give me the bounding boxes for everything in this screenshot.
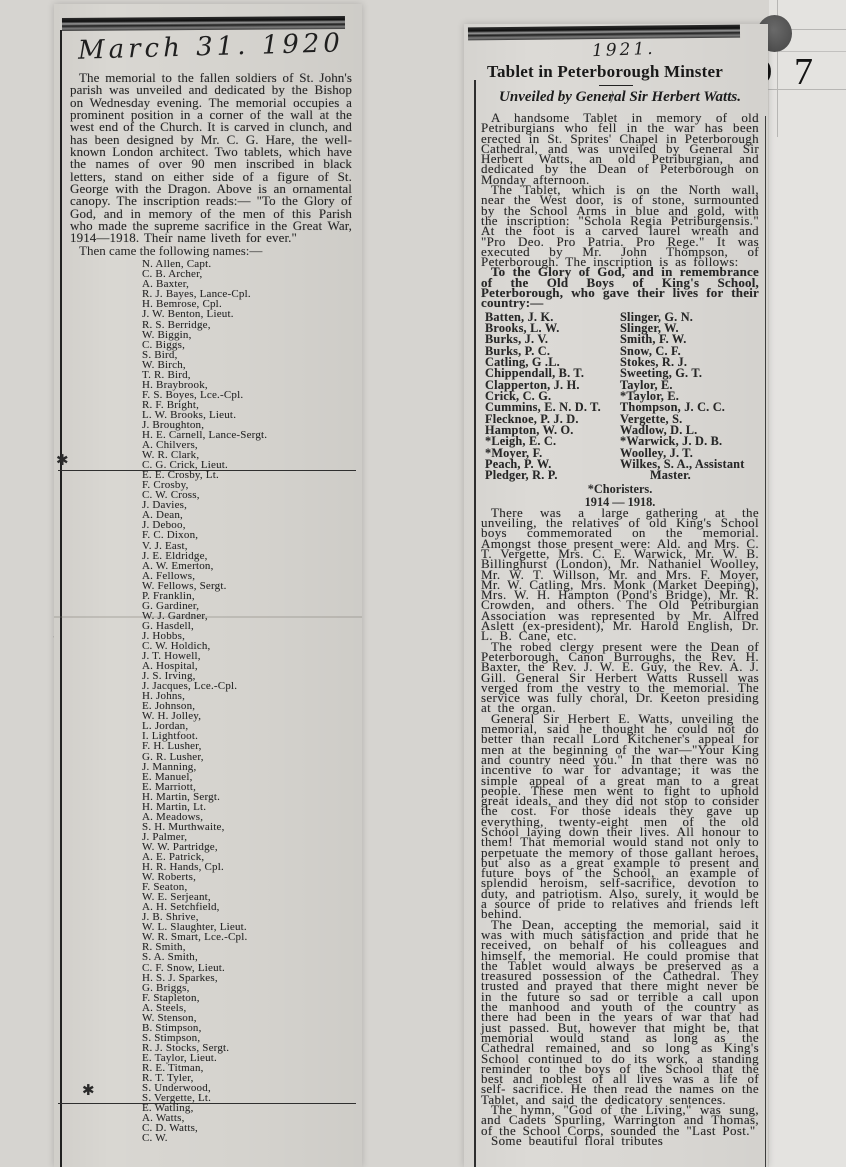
clipping-top-scan-edge xyxy=(468,25,740,41)
article-headline: Tablet in Peterborough Minster xyxy=(487,62,759,82)
article-paragraph: The hymn, "God of the Living," was sung,… xyxy=(481,1105,759,1136)
name-entry: C. D. Watts, xyxy=(142,1123,352,1133)
name-entry: J. W. Benton, Lieut. xyxy=(142,309,352,319)
article-paragraph: The Dean, accepting the memorial, said i… xyxy=(481,920,759,1105)
choristers-note: *Choristers. xyxy=(481,483,759,495)
roll-right-column: Slinger, G. N.Slinger, W.Smith, F. W.Sno… xyxy=(620,312,759,482)
clipping-edge-line xyxy=(474,80,476,1167)
article-paragraph: The robed clergy present were the Dean o… xyxy=(481,642,759,714)
pen-asterisk-mark: ✱ xyxy=(82,1086,95,1096)
name-entry: S. A. Smith, xyxy=(142,952,352,962)
right-article-body: Tablet in Peterborough Minster Unveiled … xyxy=(481,62,759,1146)
article-subheadline: Unveiled by General Sir Herbert Watts. xyxy=(481,89,759,106)
handwritten-date: March 31. 1920 xyxy=(78,28,345,65)
scrapbook-page: { "page": { "corner_mark": "D 7", "margi… xyxy=(0,0,846,1167)
name-entry: C. W. xyxy=(142,1133,352,1143)
clipping-edge-line xyxy=(60,30,62,1167)
article-paragraph: The Tablet, which is on the North wall, … xyxy=(481,185,759,267)
article-paragraph: There was a large gathering at the unvei… xyxy=(481,508,759,642)
left-names-list: N. Allen, Capt.C. B. Archer,A. Baxter,R.… xyxy=(142,259,352,1143)
name-entry: Pledger, R. P. xyxy=(485,470,620,481)
left-newspaper-clipping: March 31. 1920 The memorial to the falle… xyxy=(54,4,362,1167)
names-intro-line: Then came the following names:— xyxy=(70,245,352,257)
clipping-edge-line xyxy=(765,116,767,1167)
right-newspaper-clipping: 1921. Tablet in Peterborough Minster Unv… xyxy=(464,24,768,1167)
article-paragraph: General Sir Herbert E. Watts, unveiling … xyxy=(481,714,759,920)
pen-asterisk-mark: ✱ xyxy=(56,456,69,466)
article-paragraph: The memorial to the fallen soldiers of S… xyxy=(70,72,352,245)
inscription-paragraph: To the Glory of God, and in remembrance … xyxy=(481,267,759,308)
name-entry: F. H. Lusher, xyxy=(142,741,352,751)
roll-left-column: Batten, J. K.Brooks, L. W.Burks, J. V.Bu… xyxy=(481,312,620,482)
left-article-body: The memorial to the fallen soldiers of S… xyxy=(70,72,352,1143)
headline-rule xyxy=(599,85,633,86)
page-right-margin xyxy=(769,0,846,1167)
article-paragraph: A handsome Tablet in memory of old Petri… xyxy=(481,113,759,185)
handwritten-year: 1921. xyxy=(592,39,656,61)
roll-of-honour: Batten, J. K.Brooks, L. W.Burks, J. V.Bu… xyxy=(481,312,759,482)
name-entry: Wilkes, S. A., Assistant Master. xyxy=(620,459,759,482)
